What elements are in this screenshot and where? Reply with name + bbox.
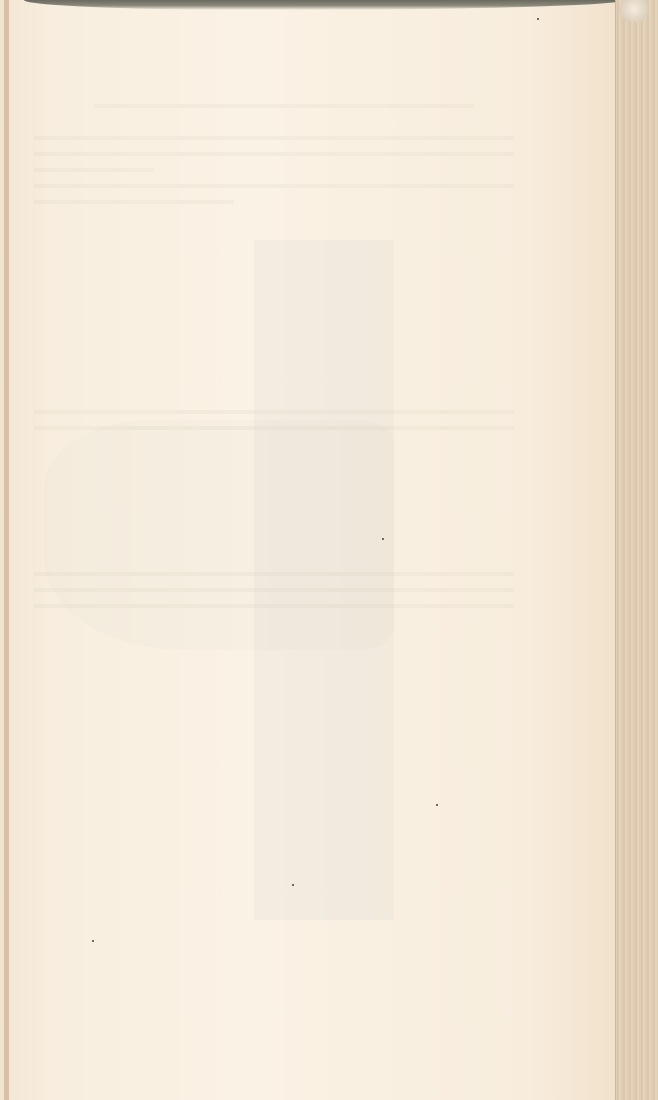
page-left-edge — [4, 0, 9, 1100]
bleed-through-line — [34, 168, 154, 172]
paper-speck — [382, 538, 384, 540]
bleed-through-line — [34, 184, 514, 188]
bleed-through-line — [34, 136, 514, 140]
book-corner-wear — [616, 0, 652, 22]
bleed-through-running-head — [94, 104, 474, 108]
paper-speck — [92, 940, 94, 942]
paper-speck — [292, 884, 294, 886]
bleed-through-line — [34, 604, 514, 608]
bleed-through-line — [34, 588, 514, 592]
page-top-shadow — [24, 0, 624, 10]
bleed-through-line — [34, 152, 514, 156]
paper-speck — [537, 18, 539, 20]
paper-speck — [436, 804, 438, 806]
book-page-edges — [615, 0, 658, 1100]
bleed-through-line — [34, 410, 514, 414]
bleed-through-line — [34, 426, 514, 430]
bleed-through-line — [34, 200, 234, 204]
bleed-through-line — [34, 572, 514, 576]
blank-book-page — [4, 0, 616, 1100]
bleed-through-illustration-ghost — [44, 420, 394, 650]
